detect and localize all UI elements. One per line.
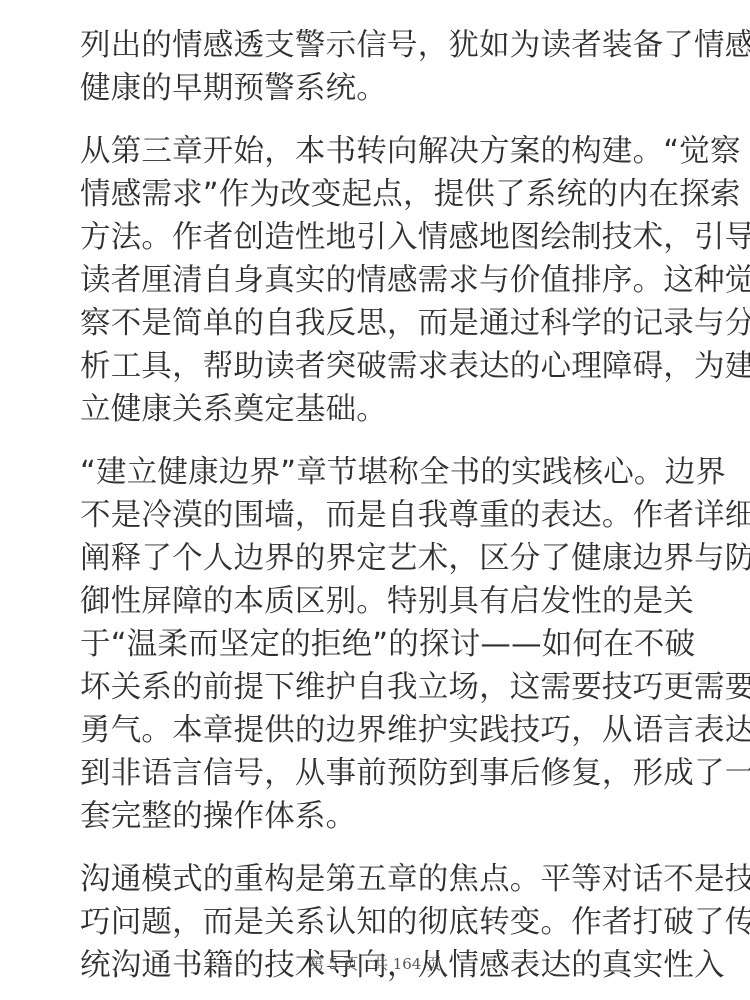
text-line: 方法。作者创造性地引入情感地图绘制技术，引导 — [80, 216, 680, 259]
text-line: 从第三章开始，本书转向解决方案的构建。“觉察 — [80, 130, 680, 173]
text-line: 析工具，帮助读者突破需求表达的心理障碍，为建 — [80, 345, 680, 388]
text-line: 不是冷漠的围墙，而是自我尊重的表达。作者详细 — [80, 494, 680, 537]
paragraph-3: “建立健康边界”章节堪称全书的实践核心。边界 不是冷漠的围墙，而是自我尊重的表达… — [80, 451, 680, 838]
text-line: 御性屏障的本质区别。特别具有启发性的是关 — [80, 580, 680, 623]
document-page: 列出的情感透支警示信号，犹如为读者装备了情感 健康的早期预警系统。 从第三章开始… — [80, 24, 680, 1000]
text-line: 读者厘清自身真实的情感需求与价值排序。这种觉 — [80, 259, 680, 302]
page-indicator: 第 5 页，共 164 页 — [0, 953, 750, 974]
text-line: “建立健康边界”章节堪称全书的实践核心。边界 — [80, 451, 680, 494]
text-line: 于“温柔而坚定的拒绝”的探讨——如何在不破 — [80, 623, 680, 666]
text-line: 立健康关系奠定基础。 — [80, 388, 680, 431]
text-line: 坏关系的前提下维护自我立场，这需要技巧更需要 — [80, 666, 680, 709]
text-line: 到非语言信号，从事前预防到事后修复，形成了一 — [80, 752, 680, 795]
text-line: 套完整的操作体系。 — [80, 795, 680, 838]
text-line: 健康的早期预警系统。 — [80, 67, 680, 110]
paragraph-1: 列出的情感透支警示信号，犹如为读者装备了情感 健康的早期预警系统。 — [80, 24, 680, 110]
text-line: 察不是简单的自我反思，而是通过科学的记录与分 — [80, 302, 680, 345]
text-line: 勇气。本章提供的边界维护实践技巧，从语言表达 — [80, 709, 680, 752]
text-line: 列出的情感透支警示信号，犹如为读者装备了情感 — [80, 24, 680, 67]
text-line: 情感需求”作为改变起点，提供了系统的内在探索 — [80, 173, 680, 216]
text-line: 巧问题，而是关系认知的彻底转变。作者打破了传 — [80, 901, 680, 944]
paragraph-2: 从第三章开始，本书转向解决方案的构建。“觉察 情感需求”作为改变起点，提供了系统… — [80, 130, 680, 431]
text-line: 沟通模式的重构是第五章的焦点。平等对话不是技 — [80, 858, 680, 901]
text-line: 阐释了个人边界的界定艺术，区分了健康边界与防 — [80, 537, 680, 580]
